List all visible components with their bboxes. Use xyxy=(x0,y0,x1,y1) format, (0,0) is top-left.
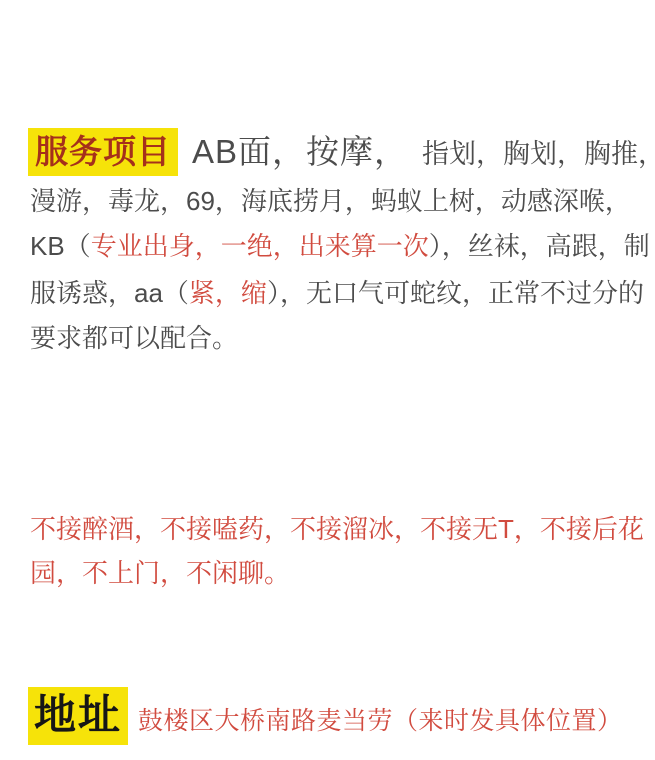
service-line-3: KB（专业出身，一绝，出来算一次），丝袜，高跟，制 xyxy=(30,232,650,262)
address-detail: 鼓楼区大桥南路麦当劳（来时发具体位置） xyxy=(138,707,623,735)
service-line3-red-note: 专业出身，一绝，出来算一次 xyxy=(91,231,429,261)
restriction-line-2: 园，不上门，不闲聊。 xyxy=(30,559,290,589)
service-line4-prefix: 服诱惑，aa（ xyxy=(30,278,189,308)
ad-page: { "colors": { "highlight_yellow": "#f6e3… xyxy=(0,0,655,760)
service-line3-suffix: ），丝袜，高跟，制 xyxy=(429,231,650,261)
service-heading-highlight: 服务项目 xyxy=(28,128,178,176)
service-items-primary: AB面，按摩， xyxy=(192,133,408,170)
service-line-4: 服诱惑，aa（紧，缩），无口气可蛇纹，正常不过分的 xyxy=(30,279,644,309)
service-line3-prefix: KB（ xyxy=(30,231,91,261)
service-items-secondary: 指划，胸划，胸推， xyxy=(422,139,655,169)
service-line4-suffix: ），无口气可蛇纹，正常不过分的 xyxy=(267,278,644,308)
service-line4-red-note: 紧，缩 xyxy=(189,278,267,308)
service-line-2: 漫游，毒龙，69，海底捞月，蚂蚁上树，动感深喉， xyxy=(30,187,631,217)
service-heading-line: 服务项目AB面，按摩，指划，胸划，胸推， xyxy=(28,128,655,176)
address-line: 地址鼓楼区大桥南路麦当劳（来时发具体位置） xyxy=(28,687,623,745)
address-heading-highlight: 地址 xyxy=(28,687,128,745)
restriction-line-1: 不接醉酒，不接嗑药，不接溜冰，不接无T，不接后花 xyxy=(30,515,644,545)
service-line-5: 要求都可以配合。 xyxy=(30,324,238,354)
